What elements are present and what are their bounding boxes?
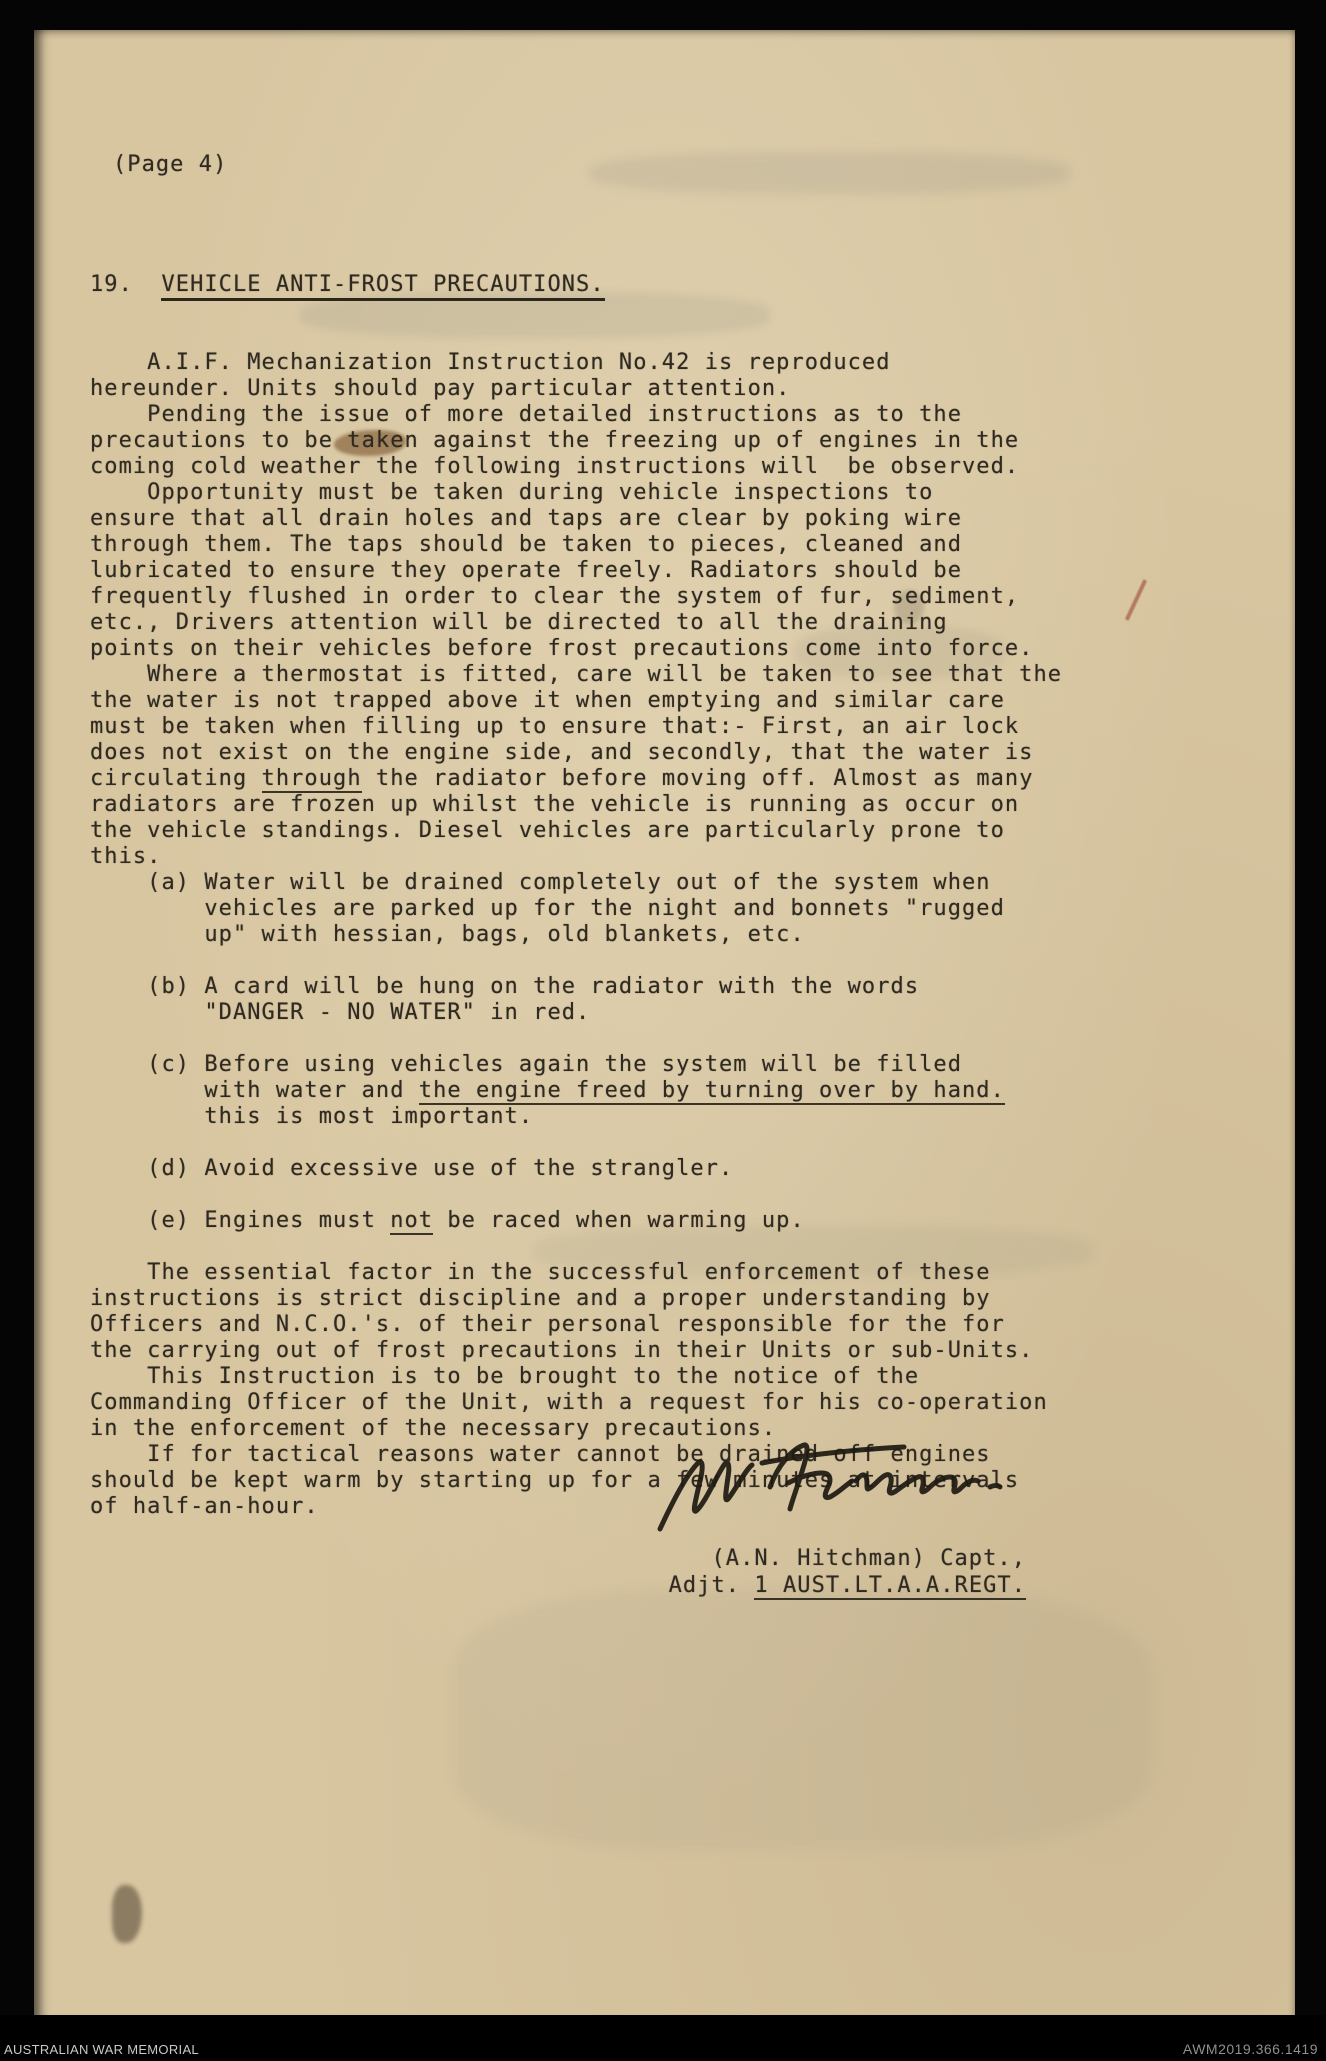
typed-text-line: (b) A card will be hung on the radiator … [90, 974, 1062, 1000]
typed-text-line: hereunder. Units should pay particular a… [90, 376, 1062, 402]
signatory-name: (A.N. Hitchman) Capt., [634, 1545, 1026, 1572]
typed-text-line: etc., Drivers attention will be directed… [90, 610, 1062, 636]
typed-text-line: Commanding Officer of the Unit, with a r… [90, 1390, 1062, 1416]
page-number-label: (Page 4) [113, 152, 227, 178]
typed-text-line: circulating through the radiator before … [90, 766, 1062, 792]
typed-text-line: radiators are frozen up whilst the vehic… [90, 792, 1062, 818]
typed-text-line: (c) Before using vehicles again the syst… [90, 1052, 1062, 1078]
typed-text-line: instructions is strict discipline and a … [90, 1286, 1062, 1312]
section-title: VEHICLE ANTI-FROST PRECAUTIONS. [161, 272, 604, 301]
typed-text-line: A.I.F. Mechanization Instruction No.42 i… [90, 350, 1062, 376]
typed-text-line: the vehicle standings. Diesel vehicles a… [90, 818, 1062, 844]
typed-text-line: this. [90, 844, 1062, 870]
typed-text-line: lubricated to ensure they operate freely… [90, 558, 1062, 584]
handwritten-signature [642, 1425, 1022, 1545]
typed-text-line: this is most important. [90, 1104, 1062, 1130]
typed-text-line [90, 1182, 1062, 1208]
pen-mark [1125, 579, 1147, 621]
typed-body: 19. VEHICLE ANTI-FROST PRECAUTIONS. A.I.… [90, 220, 1062, 1572]
typed-text-line: must be taken when filling up to ensure … [90, 714, 1062, 740]
typed-text-line: up" with hessian, bags, old blankets, et… [90, 922, 1062, 948]
typed-text-line: points on their vehicles before frost pr… [90, 636, 1062, 662]
typed-text-line: precautions to be taken against the free… [90, 428, 1062, 454]
typed-text-line [90, 1234, 1062, 1260]
typed-text-line: with water and the engine freed by turni… [90, 1078, 1062, 1104]
typed-text-line: Pending the issue of more detailed instr… [90, 402, 1062, 428]
typed-text-line: "DANGER - NO WATER" in red. [90, 1000, 1062, 1026]
typed-text-line: (a) Water will be drained completely out… [90, 870, 1062, 896]
typed-text-line [90, 1130, 1062, 1156]
scanned-document-viewport: (Page 4) 19. VEHICLE ANTI-FROST PRECAUTI… [0, 0, 1326, 2061]
typed-text-line: coming cold weather the following instru… [90, 454, 1062, 480]
section-number: 19. [90, 272, 161, 297]
body-lines: A.I.F. Mechanization Instruction No.42 i… [90, 350, 1062, 1520]
ghost-type-smudge [454, 1590, 1154, 1850]
signatory-role: Adjt. 1 AUST.LT.A.A.REGT. [634, 1572, 1026, 1599]
stain-spot [112, 1885, 142, 1943]
archive-item-id: AWM2019.366.1419 [1183, 2041, 1318, 2057]
typed-text-line: (d) Avoid excessive use of the strangler… [90, 1156, 1062, 1182]
typed-text-line [90, 948, 1062, 974]
typed-text-line: ensure that all drain holes and taps are… [90, 506, 1062, 532]
typed-text-line: the water is not trapped above it when e… [90, 688, 1062, 714]
typed-text-line: Where a thermostat is fitted, care will … [90, 662, 1062, 688]
archive-footer-bar: AUSTRALIAN WAR MEMORIAL AWM2019.366.1419 [0, 2015, 1326, 2061]
typed-text-line: vehicles are parked up for the night and… [90, 896, 1062, 922]
typed-text-line: through them. The taps should be taken t… [90, 532, 1062, 558]
typed-text-line: Officers and N.C.O.'s. of their personal… [90, 1312, 1062, 1338]
section-heading: 19. VEHICLE ANTI-FROST PRECAUTIONS. [90, 272, 1062, 298]
regiment-designation: 1 AUST.LT.A.A.REGT. [754, 1573, 1026, 1600]
typed-text-line: the carrying out of frost precautions in… [90, 1338, 1062, 1364]
ink-smudge [590, 152, 1070, 194]
typed-text-line: (e) Engines must not be raced when warmi… [90, 1208, 1062, 1234]
typed-text-line: frequently flushed in order to clear the… [90, 584, 1062, 610]
document-page: (Page 4) 19. VEHICLE ANTI-FROST PRECAUTI… [34, 30, 1295, 2015]
signature-block: (A.N. Hitchman) Capt., Adjt. 1 AUST.LT.A… [634, 1425, 1026, 1599]
archive-name-label: AUSTRALIAN WAR MEMORIAL [4, 2042, 199, 2057]
typed-text-line: Opportunity must be taken during vehicle… [90, 480, 1062, 506]
typed-text-line: This Instruction is to be brought to the… [90, 1364, 1062, 1390]
typed-text-line: The essential factor in the successful e… [90, 1260, 1062, 1286]
typed-text-line: does not exist on the engine side, and s… [90, 740, 1062, 766]
typed-text-line [90, 1026, 1062, 1052]
